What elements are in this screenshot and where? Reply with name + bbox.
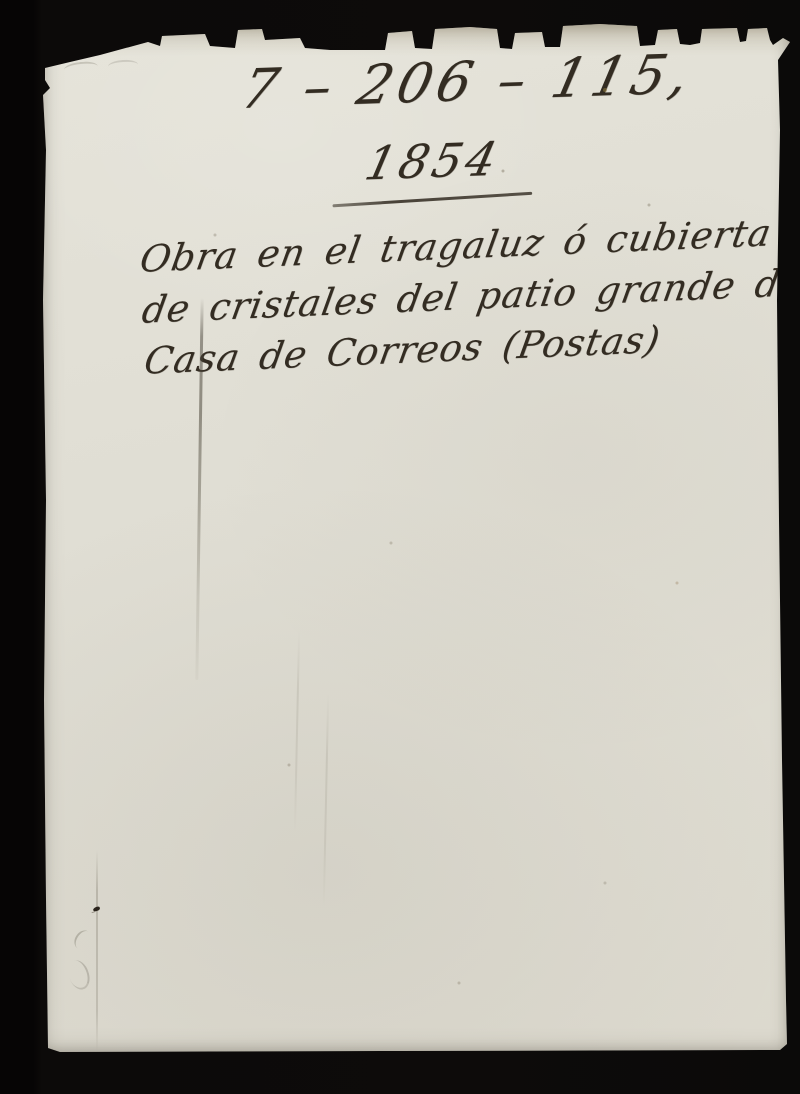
archive-number-handwriting: 7 – 206 – 115,: [221, 41, 715, 121]
year-handwriting: 1854: [332, 131, 534, 192]
faint-streak: [294, 632, 300, 832]
pencil-scribble: [66, 928, 96, 1002]
year-text: 1854: [327, 130, 539, 191]
manuscript-page: 7 – 206 – 115, 1854 Obra en el tragaluz …: [38, 22, 790, 1054]
scan-background: 7 – 206 – 115, 1854 Obra en el tragaluz …: [0, 0, 800, 1094]
faint-streak: [323, 694, 329, 906]
title-handwriting: Obra en el tragaluz ó cubierta de crista…: [134, 207, 790, 387]
corner-pencil-marks: [60, 56, 150, 80]
paper-dust-specks: [38, 22, 40, 24]
year-underline: [332, 192, 532, 207]
crease-line: [96, 850, 98, 1052]
